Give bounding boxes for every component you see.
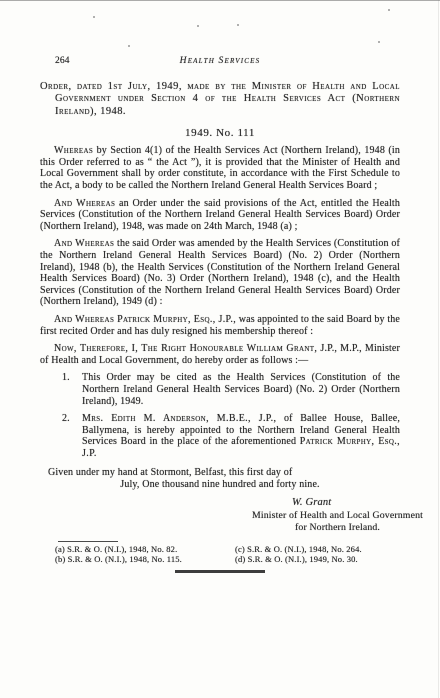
footnote-separator-rule <box>58 541 118 542</box>
page-content: 264 Health Services Order, dated 1st Jul… <box>0 0 440 573</box>
doc-number: 1949. No. 111 <box>40 127 400 139</box>
footnote-d: (d) S.R. & O. (N.I.), 1949, No. 30. <box>235 554 400 564</box>
scan-noise <box>197 25 199 27</box>
scan-noise <box>388 9 390 11</box>
scan-noise <box>378 41 380 43</box>
page-header: 264 Health Services <box>40 56 400 68</box>
scan-noise <box>237 24 239 26</box>
signature: W. Grant <box>292 497 400 508</box>
article-2-text: Mrs. Edith M. Anderson, M.B.E., J.P., of… <box>82 413 400 459</box>
article-1-number: 1. <box>62 372 82 407</box>
article-1: 1. This Order may be cited as the Health… <box>62 372 400 407</box>
recital-whereas-1: Whereas by Section 4(1) of the Health Se… <box>40 145 400 191</box>
footnote-a: (a) S.R. & O. (N.I.), 1948, No. 82. <box>55 544 235 554</box>
end-of-order-rule <box>175 570 265 573</box>
scan-noise <box>128 45 130 47</box>
signatory-office: Minister of Health and Local Government … <box>225 510 440 534</box>
order-heading: Order, dated 1st July, 1949, made by the… <box>40 81 400 118</box>
running-title: Health Services <box>40 56 400 66</box>
article-1-text: This Order may be cited as the Health Se… <box>82 372 400 407</box>
recital-whereas-4: And Whereas Patrick Murphy, Esq., J.P., … <box>40 314 400 337</box>
testimonium-line2: July, One thousand nine hundred and fort… <box>40 479 400 491</box>
footnote-c: (c) S.R. & O. (N.I.), 1948, No. 264. <box>235 544 400 554</box>
footnote-b: (b) S.R. & O. (N.I.), 1948, No. 115. <box>55 554 235 564</box>
scan-noise <box>93 16 95 18</box>
testimonium-line1: Given under my hand at Stormont, Belfast… <box>48 467 400 479</box>
testimonium: Given under my hand at Stormont, Belfast… <box>40 467 400 491</box>
signatory-office-line2: for Northern Ireland. <box>225 522 440 534</box>
footnote-column-left: (a) S.R. & O. (N.I.), 1948, No. 82. (b) … <box>55 544 235 564</box>
recital-whereas-3: And Whereas the said Order was amended b… <box>40 238 400 308</box>
footnotes: (a) S.R. & O. (N.I.), 1948, No. 82. (b) … <box>55 544 400 564</box>
signatory-office-line1: Minister of Health and Local Government <box>225 510 440 522</box>
footnote-column-right: (c) S.R. & O. (N.I.), 1948, No. 264. (d)… <box>235 544 400 564</box>
article-2: 2. Mrs. Edith M. Anderson, M.B.E., J.P.,… <box>62 413 400 459</box>
recital-now-therefore: Now, Therefore, I, The Right Honourable … <box>40 343 400 366</box>
document-page: 264 Health Services Order, dated 1st Jul… <box>0 0 440 698</box>
article-2-number: 2. <box>62 413 82 459</box>
recital-whereas-2: And Whereas an Order under the said prov… <box>40 198 400 233</box>
